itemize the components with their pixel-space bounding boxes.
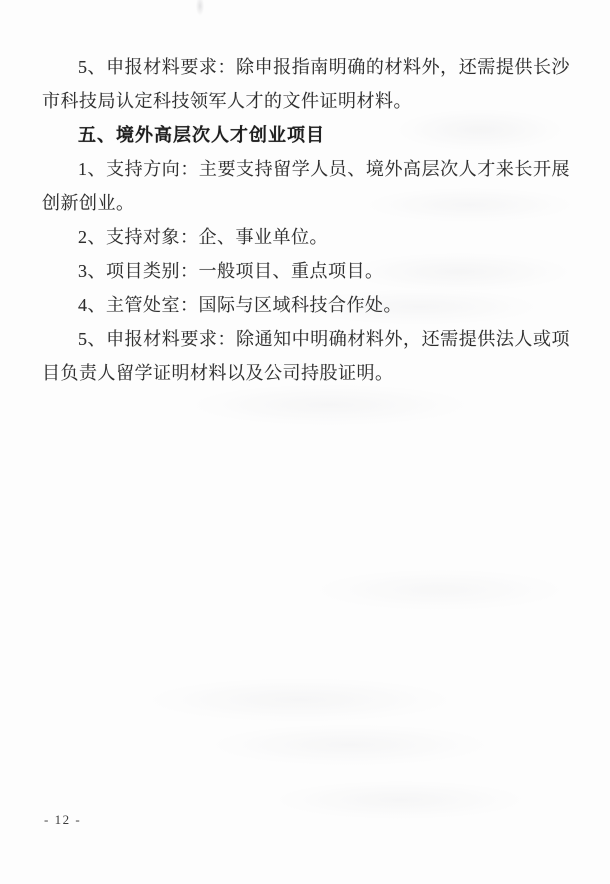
paragraph-line: 2、支持对象：企、事业单位。 [42, 220, 570, 254]
paragraph-line: 目负责人留学证明材料以及公司持股证明。 [42, 356, 570, 390]
paragraph-line: 4、主管处室：国际与区域科技合作处。 [42, 288, 570, 322]
page-number: - 12 - [44, 812, 81, 828]
document-body: 5、申报材料要求：除申报指南明确的材料外，还需提供长沙 市科技局认定科技领军人才… [42, 50, 570, 390]
paragraph-line: 5、申报材料要求：除通知中明确材料外，还需提供法人或项 [42, 322, 570, 356]
paragraph-line: 市科技局认定科技领军人才的文件证明材料。 [42, 84, 570, 118]
paragraph-line: 5、申报材料要求：除申报指南明确的材料外，还需提供长沙 [42, 50, 570, 84]
paragraph-line: 3、项目类别：一般项目、重点项目。 [42, 254, 570, 288]
section-heading: 五、境外高层次人才创业项目 [42, 118, 570, 152]
scanned-document-page: 5、申报材料要求：除申报指南明确的材料外，还需提供长沙 市科技局认定科技领军人才… [0, 0, 610, 884]
paragraph-line: 创新创业。 [42, 186, 570, 220]
paragraph-line: 1、支持方向：主要支持留学人员、境外高层次人才来长开展 [42, 152, 570, 186]
